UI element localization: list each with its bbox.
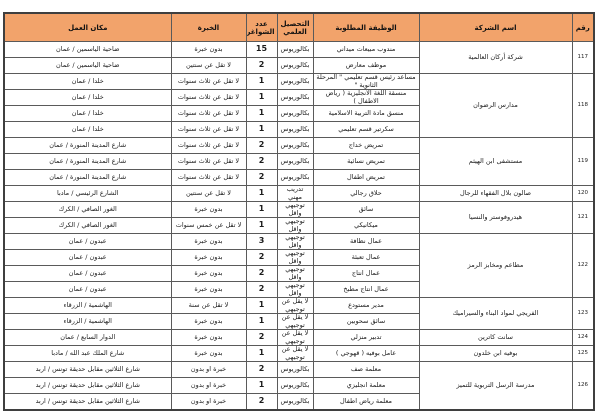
- cell-experience: بدون خبرة: [171, 266, 246, 282]
- cell-work-location: خلدا / عمان: [4, 106, 171, 122]
- cell-company-name: مستشفى ابن الهيثم: [419, 138, 572, 186]
- cell-vacancies-count: 2: [246, 362, 277, 378]
- cell-education: بكالوريوس: [277, 378, 313, 394]
- header-vacancies-count: عدد الشواغر: [246, 13, 277, 42]
- cell-work-location: ضاحية الياسمين / عمان: [4, 42, 171, 58]
- cell-required-job: معلمة صف: [313, 362, 419, 378]
- cell-experience: لا تقل عن ثلاث سنوات: [171, 122, 246, 138]
- table-row: 120صالون بلال الفقهاء للرجالحلاق رجاليتد…: [4, 186, 594, 202]
- cell-required-job: مساعد رئيس قسم تعليمي " المرحلة الثانوية…: [313, 74, 419, 90]
- cell-work-location: خلدا / عمان: [4, 122, 171, 138]
- cell-education: بكالوريوس: [277, 362, 313, 378]
- cell-required-job: منسقة اللغة الانجليزية ( رياض الاطفال ): [313, 90, 419, 106]
- header-row: رقم اسم الشركة الوظيفة المطلوبة التحصيل …: [4, 13, 594, 42]
- table-row: 125بوفيه ابن خلدونعامل بوفيه ( قهوجي )لا…: [4, 346, 594, 362]
- cell-experience: بدون خبرة: [171, 234, 246, 250]
- cell-company-name: الفريجي لمواد البناء والسيراميك: [419, 298, 572, 330]
- cell-vacancies-count: 2: [246, 154, 277, 170]
- cell-vacancies-count: 1: [246, 122, 277, 138]
- cell-education: لا يقل عن توجيهي: [277, 314, 313, 330]
- cell-experience: بدون خبرة: [171, 330, 246, 346]
- cell-education: توجيهي واقل: [277, 202, 313, 218]
- cell-education: توجيهي واقل: [277, 282, 313, 298]
- cell-work-location: خلدا / عمان: [4, 90, 171, 106]
- cell-required-job: عامل بوفيه ( قهوجي ): [313, 346, 419, 362]
- table-row: 117شركة أركان العالميةمندوب مبيعات ميدان…: [4, 42, 594, 58]
- cell-number: 120: [572, 186, 594, 202]
- cell-number: 119: [572, 138, 594, 186]
- cell-vacancies-count: 2: [246, 266, 277, 282]
- cell-number: 122: [572, 234, 594, 298]
- cell-company-name: بوفيه ابن خلدون: [419, 346, 572, 362]
- cell-education: بكالوريوس: [277, 122, 313, 138]
- cell-education: بكالوريوس: [277, 106, 313, 122]
- cell-number: 126: [572, 362, 594, 411]
- cell-work-location: شارع الثلاثين مقابل حديقة تونس / اربد: [4, 362, 171, 378]
- document-page: رقم اسم الشركة الوظيفة المطلوبة التحصيل …: [0, 0, 600, 420]
- cell-experience: لا تقل عن ثلاث سنوات: [171, 154, 246, 170]
- cell-company-name: سانت كاترين: [419, 330, 572, 346]
- header-experience: الخبرة: [171, 13, 246, 42]
- header-work-location: مكان العمل: [4, 13, 171, 42]
- cell-required-job: عمال انتاج: [313, 266, 419, 282]
- cell-experience: لا تقل عن ثلاث سنوات: [171, 106, 246, 122]
- header-education: التحصيل العلمي: [277, 13, 313, 42]
- cell-work-location: الشارع الرئيسي / مادبا: [4, 186, 171, 202]
- cell-vacancies-count: 1: [246, 218, 277, 234]
- cell-required-job: تمريض نسائية: [313, 154, 419, 170]
- cell-required-job: معلمة انجليزي: [313, 378, 419, 394]
- cell-work-location: الغور الصافي / الكرك: [4, 218, 171, 234]
- cell-number: 124: [572, 330, 594, 346]
- cell-experience: بدون خبرة: [171, 202, 246, 218]
- cell-number: 123: [572, 298, 594, 330]
- cell-education: توجيهي واقل: [277, 234, 313, 250]
- cell-work-location: عبدون / عمان: [4, 234, 171, 250]
- cell-education: بكالوريوس: [277, 138, 313, 154]
- cell-vacancies-count: 1: [246, 106, 277, 122]
- cell-required-job: ميكانيكي: [313, 218, 419, 234]
- cell-vacancies-count: 2: [246, 394, 277, 411]
- cell-required-job: مندوب مبيعات ميداني: [313, 42, 419, 58]
- cell-education: تدريب مهني: [277, 186, 313, 202]
- cell-work-location: الهاشمية / الزرقاء: [4, 298, 171, 314]
- cell-vacancies-count: 1: [246, 378, 277, 394]
- cell-vacancies-count: 1: [246, 202, 277, 218]
- table-row: 122مطاعم ومخابز الرمزعمال نظافةتوجيهي وا…: [4, 234, 594, 250]
- cell-required-job: سائق سحوبين: [313, 314, 419, 330]
- table-body: 117شركة أركان العالميةمندوب مبيعات ميدان…: [4, 42, 594, 411]
- cell-experience: لا تقل عن خمس سنوات: [171, 218, 246, 234]
- table-row: 123الفريجي لمواد البناء والسيراميكمدير م…: [4, 298, 594, 314]
- cell-work-location: الغور الصافي / الكرك: [4, 202, 171, 218]
- cell-experience: بدون خبرة: [171, 42, 246, 58]
- cell-required-job: تمريض اطفال: [313, 170, 419, 186]
- cell-work-location: شارع الملك عبد الله / مادبا: [4, 346, 171, 362]
- cell-education: بكالوريوس: [277, 90, 313, 106]
- cell-work-location: عبدون / عمان: [4, 282, 171, 298]
- cell-required-job: عمال نظافة: [313, 234, 419, 250]
- cell-experience: لا تقل عن ثلاث سنوات: [171, 90, 246, 106]
- cell-vacancies-count: 2: [246, 282, 277, 298]
- header-company-name: اسم الشركة: [419, 13, 572, 42]
- cell-education: بكالوريوس: [277, 42, 313, 58]
- cell-education: بكالوريوس: [277, 394, 313, 411]
- cell-experience: خبرة او بدون: [171, 362, 246, 378]
- cell-vacancies-count: 2: [246, 330, 277, 346]
- cell-education: بكالوريوس: [277, 74, 313, 90]
- cell-vacancies-count: 1: [246, 346, 277, 362]
- cell-education: بكالوريوس: [277, 154, 313, 170]
- cell-required-job: معلمة رياض اطفال: [313, 394, 419, 411]
- cell-education: بكالوريوس: [277, 58, 313, 74]
- cell-vacancies-count: 1: [246, 314, 277, 330]
- cell-vacancies-count: 1: [246, 186, 277, 202]
- cell-education: لا يقل عن توجيهي: [277, 346, 313, 362]
- cell-vacancies-count: 15: [246, 42, 277, 58]
- cell-required-job: موظف معارض: [313, 58, 419, 74]
- cell-required-job: عمال انتاج مطبخ: [313, 282, 419, 298]
- cell-work-location: شارع الثلاثين مقابل حديقة تونس / اربد: [4, 394, 171, 411]
- table-row: 124سانت كاترينتدبير منزليلا يقل عن توجيه…: [4, 330, 594, 346]
- job-vacancies-table: رقم اسم الشركة الوظيفة المطلوبة التحصيل …: [3, 12, 595, 411]
- cell-required-job: منسق مادة التربية الاسلامية: [313, 106, 419, 122]
- table-row: 119مستشفى ابن الهيثمتمريض خداجبكالوريوس2…: [4, 138, 594, 154]
- cell-experience: لا تقل عن ثلاث سنوات: [171, 170, 246, 186]
- cell-vacancies-count: 2: [246, 250, 277, 266]
- cell-experience: خبرة او بدون: [171, 394, 246, 411]
- cell-vacancies-count: 2: [246, 138, 277, 154]
- cell-vacancies-count: 2: [246, 58, 277, 74]
- cell-experience: لا تقل عن سنتين: [171, 186, 246, 202]
- table-row: 121هيدروفوستر والنسياسائقتوجيهي واقل1بدو…: [4, 202, 594, 218]
- cell-required-job: تدبير منزلي: [313, 330, 419, 346]
- cell-company-name: مدرسة الرسل التربوية للتميز: [419, 362, 572, 411]
- cell-work-location: شارع الثلاثين مقابل حديقة تونس / اربد: [4, 378, 171, 394]
- cell-work-location: شارع المدينة المنورة / عمان: [4, 170, 171, 186]
- cell-required-job: مدير مستودع: [313, 298, 419, 314]
- cell-number: 118: [572, 74, 594, 138]
- cell-work-location: الدوار السابع / عمان: [4, 330, 171, 346]
- cell-company-name: صالون بلال الفقهاء للرجال: [419, 186, 572, 202]
- header-number: رقم: [572, 13, 594, 42]
- cell-number: 117: [572, 42, 594, 74]
- cell-work-location: خلدا / عمان: [4, 74, 171, 90]
- cell-work-location: عبدون / عمان: [4, 266, 171, 282]
- table-header: رقم اسم الشركة الوظيفة المطلوبة التحصيل …: [4, 13, 594, 42]
- cell-vacancies-count: 1: [246, 90, 277, 106]
- cell-required-job: سائق: [313, 202, 419, 218]
- cell-education: لا يقل عن توجيهي: [277, 330, 313, 346]
- cell-experience: لا تقل عن سنتين: [171, 58, 246, 74]
- cell-experience: بدون خبرة: [171, 346, 246, 362]
- cell-vacancies-count: 3: [246, 234, 277, 250]
- cell-work-location: عبدون / عمان: [4, 250, 171, 266]
- cell-education: لا يقل عن توجيهي: [277, 298, 313, 314]
- cell-experience: لا تقل عن سنة: [171, 298, 246, 314]
- table-row: 118مدارس الرضوانمساعد رئيس قسم تعليمي " …: [4, 74, 594, 90]
- cell-work-location: ضاحية الياسمين / عمان: [4, 58, 171, 74]
- cell-experience: لا تقل عن ثلاث سنوات: [171, 138, 246, 154]
- cell-education: توجيهي واقل: [277, 218, 313, 234]
- cell-experience: بدون خبرة: [171, 282, 246, 298]
- cell-work-location: الهاشمية / الزرقاء: [4, 314, 171, 330]
- cell-education: بكالوريوس: [277, 170, 313, 186]
- cell-work-location: شارع المدينة المنورة / عمان: [4, 154, 171, 170]
- cell-required-job: سكرتير قسم تعليمي: [313, 122, 419, 138]
- cell-work-location: شارع المدينة المنورة / عمان: [4, 138, 171, 154]
- cell-company-name: هيدروفوستر والنسيا: [419, 202, 572, 234]
- cell-education: توجيهي واقل: [277, 266, 313, 282]
- cell-education: توجيهي واقل: [277, 250, 313, 266]
- cell-number: 121: [572, 202, 594, 234]
- cell-required-job: تمريض خداج: [313, 138, 419, 154]
- cell-vacancies-count: 2: [246, 170, 277, 186]
- cell-vacancies-count: 1: [246, 74, 277, 90]
- header-required-job: الوظيفة المطلوبة: [313, 13, 419, 42]
- cell-company-name: مدارس الرضوان: [419, 74, 572, 138]
- cell-number: 125: [572, 346, 594, 362]
- cell-experience: بدون خبرة: [171, 314, 246, 330]
- cell-required-job: حلاق رجالي: [313, 186, 419, 202]
- table-row: 126مدرسة الرسل التربوية للتميزمعلمة صفبك…: [4, 362, 594, 378]
- cell-vacancies-count: 1: [246, 298, 277, 314]
- cell-company-name: مطاعم ومخابز الرمز: [419, 234, 572, 298]
- cell-company-name: شركة أركان العالمية: [419, 42, 572, 74]
- cell-experience: خبرة او بدون: [171, 378, 246, 394]
- cell-experience: لا تقل عن ثلاث سنوات: [171, 74, 246, 90]
- cell-required-job: عمال تعبئة: [313, 250, 419, 266]
- cell-experience: بدون خبرة: [171, 250, 246, 266]
